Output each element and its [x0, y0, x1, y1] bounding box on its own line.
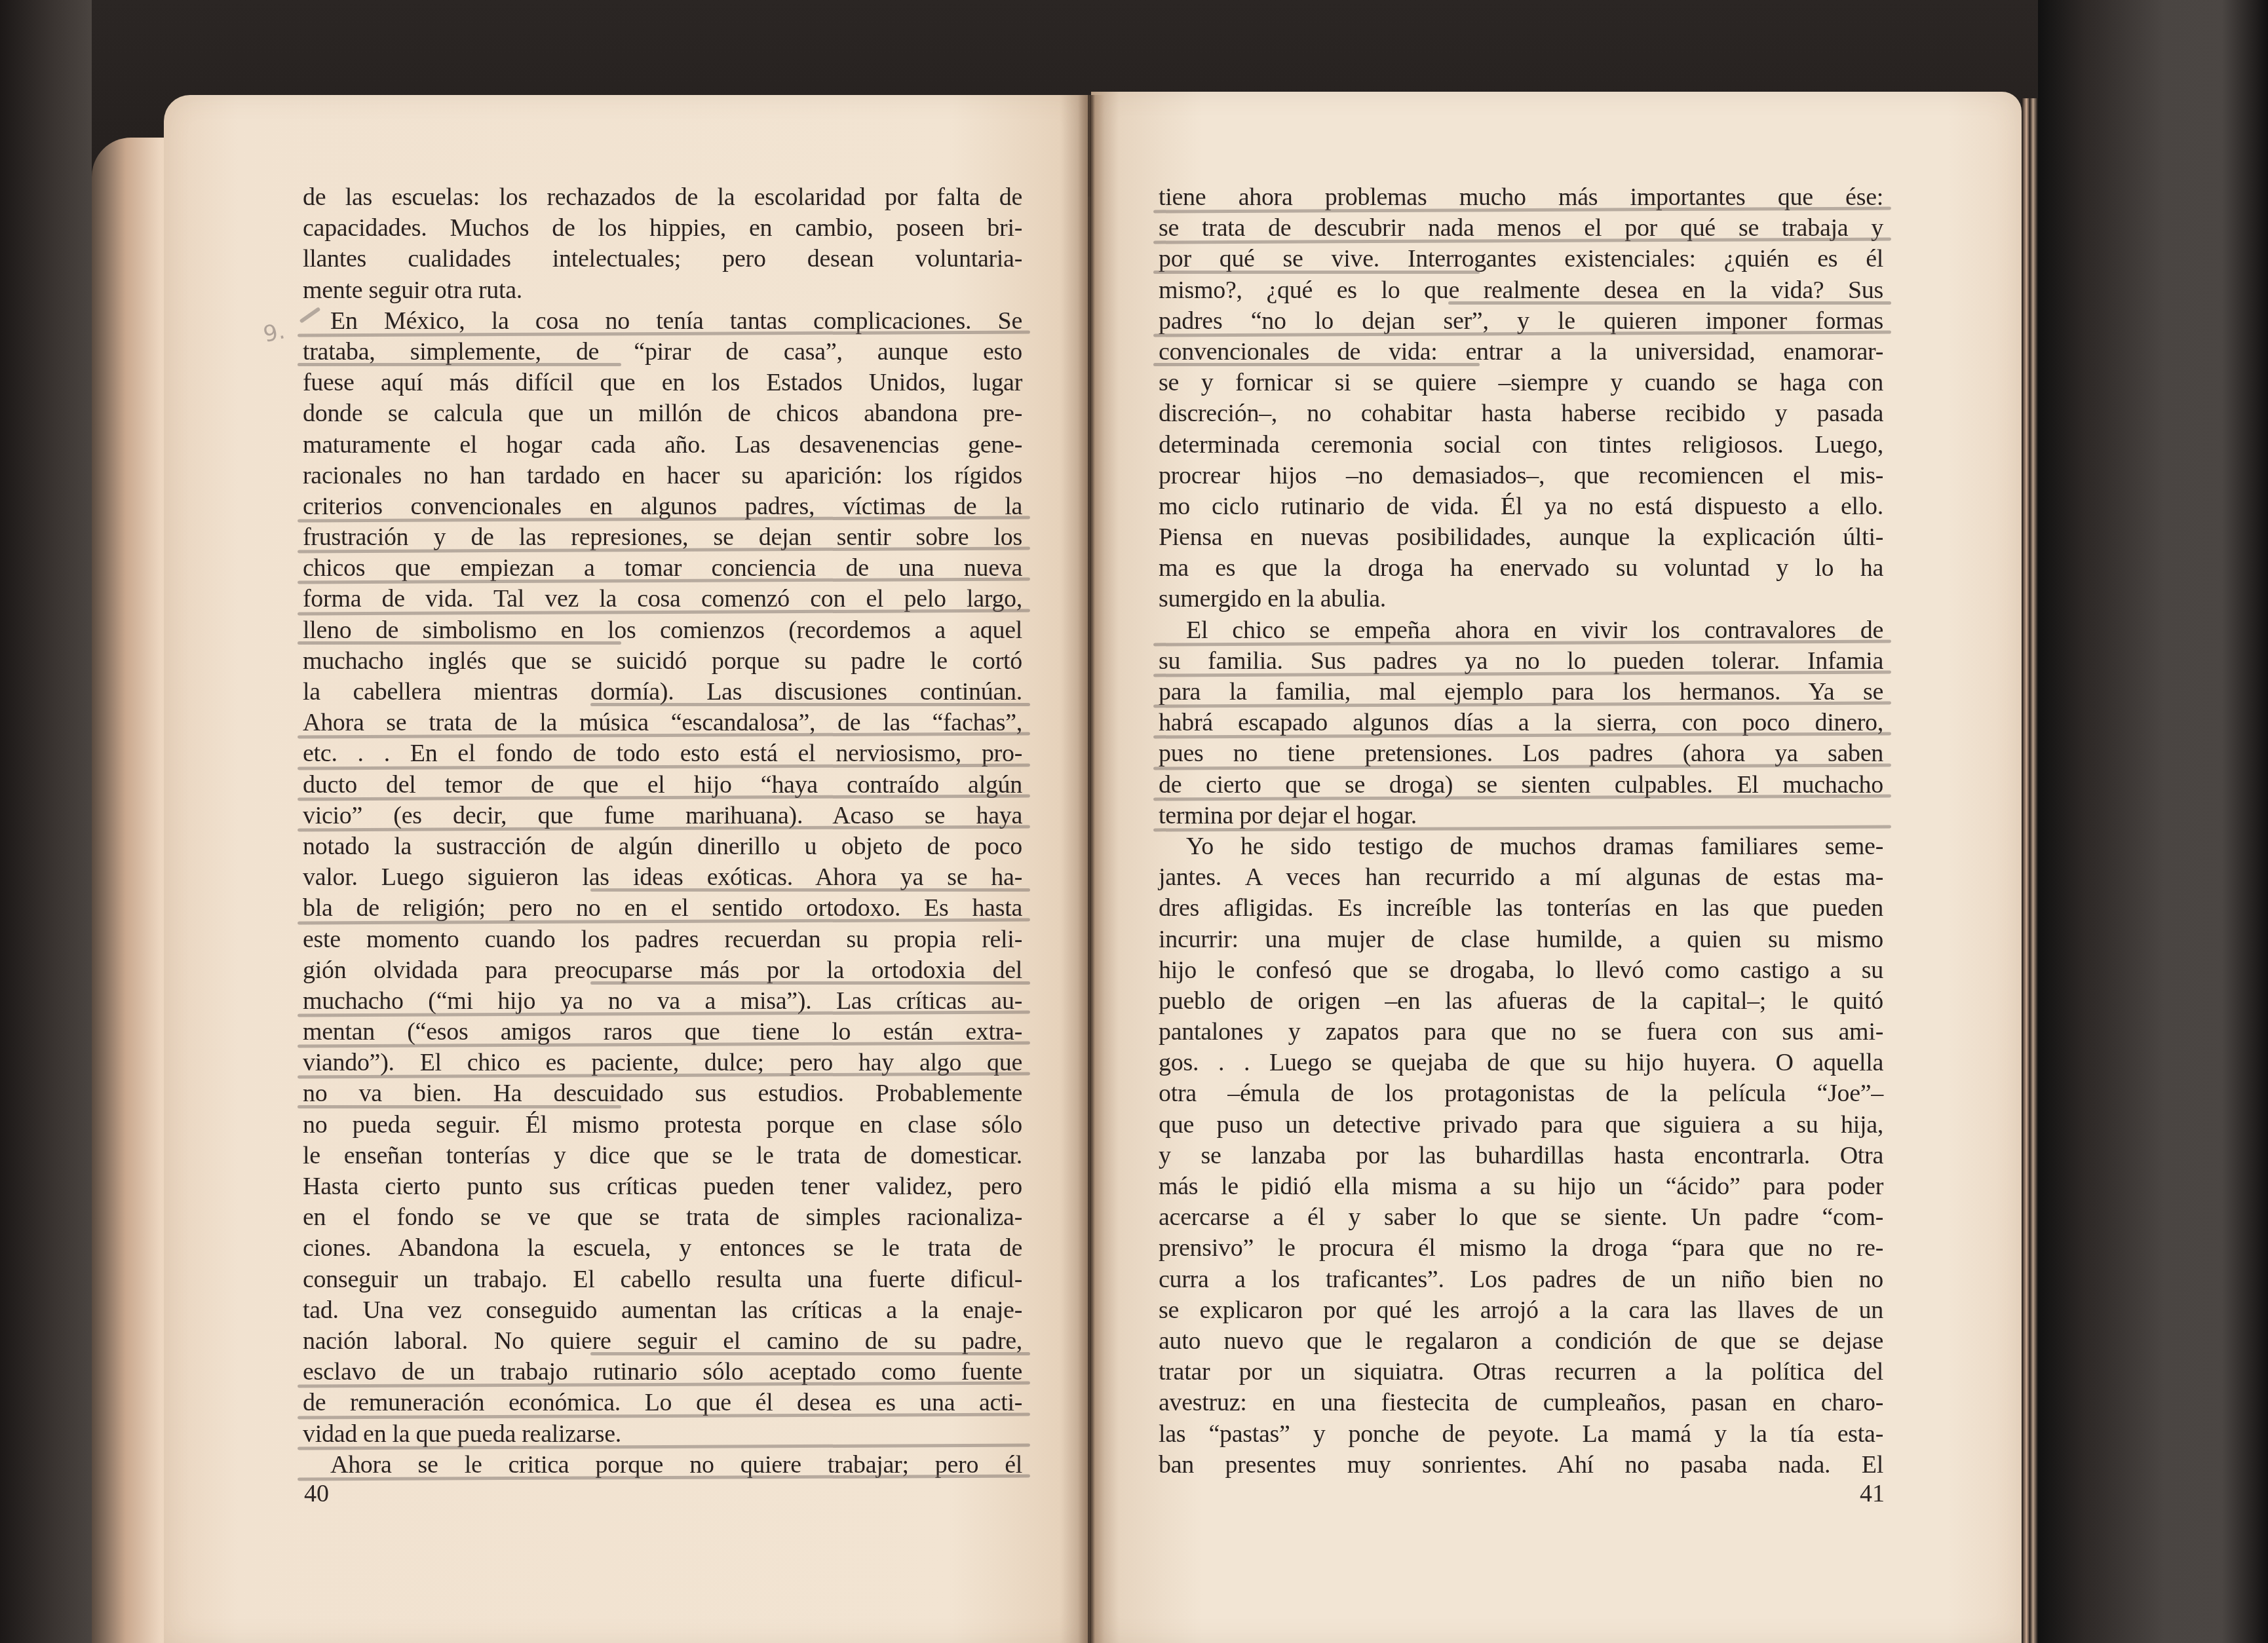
text-line: llantes cualidades intelectuales; pero d…: [303, 244, 1022, 274]
scan-background-left: [0, 0, 92, 1643]
text-line: gos. . . Luego se quejaba de que su hijo…: [1159, 1048, 1883, 1078]
text-line: frustración y de las represiones, se dej…: [303, 522, 1022, 553]
text-line: vicio” (es decir, que fume marihuana). A…: [303, 801, 1022, 831]
text-line: incurrir: una mujer de clase humilde, a …: [1159, 924, 1883, 955]
text-line: determinada ceremonia social con tintes …: [1159, 430, 1883, 461]
text-line: gión olvidada para preocuparse más por l…: [303, 955, 1022, 986]
text-line: dres afligidas. Es increíble las tonterí…: [1159, 893, 1883, 924]
text-line: de cierto que se droga) se sienten culpa…: [1159, 770, 1883, 801]
text-line: las “pastas” y ponche de peyote. La mamá…: [1159, 1419, 1883, 1450]
text-line: forma de vida. Tal vez la cosa comenzó c…: [303, 584, 1022, 614]
text-line: procrear hijos –no demasiados–, que reco…: [1159, 461, 1883, 491]
text-line: no va bien. Ha descuidado sus estudios. …: [303, 1078, 1022, 1109]
text-line: curra a los traficantes”. Los padres de …: [1159, 1264, 1883, 1295]
text-line: ban presentes muy sonrientes. Ahí no pas…: [1159, 1450, 1883, 1481]
text-line: chicos que empiezan a tomar conciencia d…: [303, 553, 1022, 584]
text-line: Piensa en nuevas posibilidades, aunque l…: [1159, 522, 1883, 553]
page-number-right: 41: [1860, 1479, 1885, 1508]
text-line: Hasta cierto punto sus críticas pueden t…: [303, 1171, 1022, 1202]
text-line: se y fornicar si se quiere –siempre y cu…: [1159, 368, 1883, 398]
text-line: se trata de descubrir nada menos el por …: [1159, 213, 1883, 244]
text-line: viando”). El chico es paciente, dulce; p…: [303, 1048, 1022, 1078]
text-line: racionales no han tardado en hacer su ap…: [303, 461, 1022, 491]
text-line: pantalones y zapatos para que no se fuer…: [1159, 1017, 1883, 1048]
text-line: se explicaron por qué les arrojó a la ca…: [1159, 1295, 1883, 1326]
text-line: tratar por un siquiatra. Otras recurren …: [1159, 1357, 1883, 1388]
text-line: en el fondo se ve que se trata de simple…: [303, 1202, 1022, 1233]
text-line: criterios convencionales en algunos padr…: [303, 491, 1022, 522]
book-gutter: [1078, 95, 1104, 1643]
text-line: más le pidió ella misma a su hijo un “ác…: [1159, 1171, 1883, 1202]
text-line: bla de religión; pero no en el sentido o…: [303, 893, 1022, 924]
text-line: padres “no lo dejan ser”, y le quieren i…: [1159, 306, 1883, 337]
text-line: capacidades. Muchos de los hippies, en c…: [303, 213, 1022, 244]
text-line: valor. Luego siguieron las ideas exótica…: [303, 862, 1022, 893]
text-line: su familia. Sus padres ya no lo pueden t…: [1159, 646, 1883, 677]
text-line: le enseñan tonterías y dice que se le tr…: [303, 1141, 1022, 1171]
text-line: pues no tiene pretensiones. Los padres (…: [1159, 738, 1883, 769]
text-line: Ahora se le critica porque no quiere tra…: [303, 1450, 1022, 1481]
text-line: que puso un detective privado para que s…: [1159, 1110, 1883, 1141]
text-line: habrá escapado algunos días a la sierra,…: [1159, 708, 1883, 738]
text-line: para la familia, mal ejemplo para los he…: [1159, 677, 1883, 708]
text-line: conseguir un trabajo. El cabello resulta…: [303, 1264, 1022, 1295]
text-line: termina por dejar el hogar.: [1159, 801, 1883, 831]
text-line: ma es que la droga ha enervado su volunt…: [1159, 553, 1883, 584]
text-line: la cabellera mientras dormía). Las discu…: [303, 677, 1022, 708]
text-line: mente seguir otra ruta.: [303, 275, 1022, 306]
scan-background-right: [2038, 0, 2268, 1643]
text-line: etc. . . En el fondo de todo esto está e…: [303, 738, 1022, 769]
text-line: avestruz: en una fiestecita de cumpleaño…: [1159, 1388, 1883, 1418]
text-line: no pueda seguir. Él mismo protesta porqu…: [303, 1110, 1022, 1141]
text-line: lleno de simbolismo en los comienzos (re…: [303, 615, 1022, 646]
text-line: fuese aquí más difícil que en los Estado…: [303, 368, 1022, 398]
text-line: este momento cuando los padres recuerdan…: [303, 924, 1022, 955]
text-line: jantes. A veces han recurrido a mí algun…: [1159, 862, 1883, 893]
text-line: de remuneración económica. Lo que él des…: [303, 1388, 1022, 1418]
text-line: Ahora se trata de la música “escandalosa…: [303, 708, 1022, 738]
text-line: de las escuelas: los rechazados de la es…: [303, 182, 1022, 213]
text-line: maturamente el hogar cada año. Las desav…: [303, 430, 1022, 461]
text-line: mismo?, ¿qué es lo que realmente desea e…: [1159, 275, 1883, 306]
text-line: mentan (“esos amigos raros que tiene lo …: [303, 1017, 1022, 1048]
text-line: acercarse a él y saber lo que se siente.…: [1159, 1202, 1883, 1233]
text-line: ciones. Abandona la escuela, y entonces …: [303, 1233, 1022, 1264]
text-line: En México, la cosa no tenía tantas compl…: [303, 306, 1022, 337]
left-page-text: de las escuelas: los rechazados de la es…: [303, 182, 1022, 1481]
text-line: tad. Una vez conseguido aumentan las crí…: [303, 1295, 1022, 1326]
text-line: El chico se empeña ahora en vivir los co…: [1159, 615, 1883, 646]
text-line: donde se calcula que un millón de chicos…: [303, 398, 1022, 429]
text-line: trataba, simplemente, de “pirar de casa”…: [303, 337, 1022, 368]
page-number-left: 40: [304, 1479, 329, 1508]
text-line: convencionales de vida: entrar a la univ…: [1159, 337, 1883, 368]
text-line: mo ciclo rutinario de vida. Él ya no est…: [1159, 491, 1883, 522]
right-page-text: tiene ahora problemas mucho más importan…: [1159, 182, 1883, 1481]
text-line: por qué se vive. Interrogantes existenci…: [1159, 244, 1883, 274]
text-line: notado la sustracción de algún dinerillo…: [303, 831, 1022, 862]
text-line: sumergido en la abulia.: [1159, 584, 1883, 614]
text-line: muchacho (“mi hijo ya no va a misa”). La…: [303, 986, 1022, 1017]
text-line: ducto del temor de que el hijo “haya con…: [303, 770, 1022, 801]
text-line: auto nuevo que le regalaron a condición …: [1159, 1326, 1883, 1357]
text-line: nación laboral. No quiere seguir el cami…: [303, 1326, 1022, 1357]
text-line: prensivo” le procura él mismo la droga “…: [1159, 1233, 1883, 1264]
text-line: tiene ahora problemas mucho más importan…: [1159, 182, 1883, 213]
text-line: esclavo de un trabajo rutinario sólo ace…: [303, 1357, 1022, 1388]
text-line: hijo le confesó que se drogaba, lo llevó…: [1159, 955, 1883, 986]
text-line: discreción–, no cohabitar hasta haberse …: [1159, 398, 1883, 429]
text-line: Yo he sido testigo de muchos dramas fami…: [1159, 831, 1883, 862]
text-line: pueblo de origen –en las afueras de la c…: [1159, 986, 1883, 1017]
text-line: y se lanzaba por las buhardillas hasta e…: [1159, 1141, 1883, 1171]
text-line: otra –émula de los protagonistas de la p…: [1159, 1078, 1883, 1109]
text-line: vidad en la que pueda realizarse.: [303, 1419, 1022, 1450]
text-line: muchacho inglés que se suicidó porque su…: [303, 646, 1022, 677]
page-stack-edge-right: [2022, 98, 2038, 1643]
